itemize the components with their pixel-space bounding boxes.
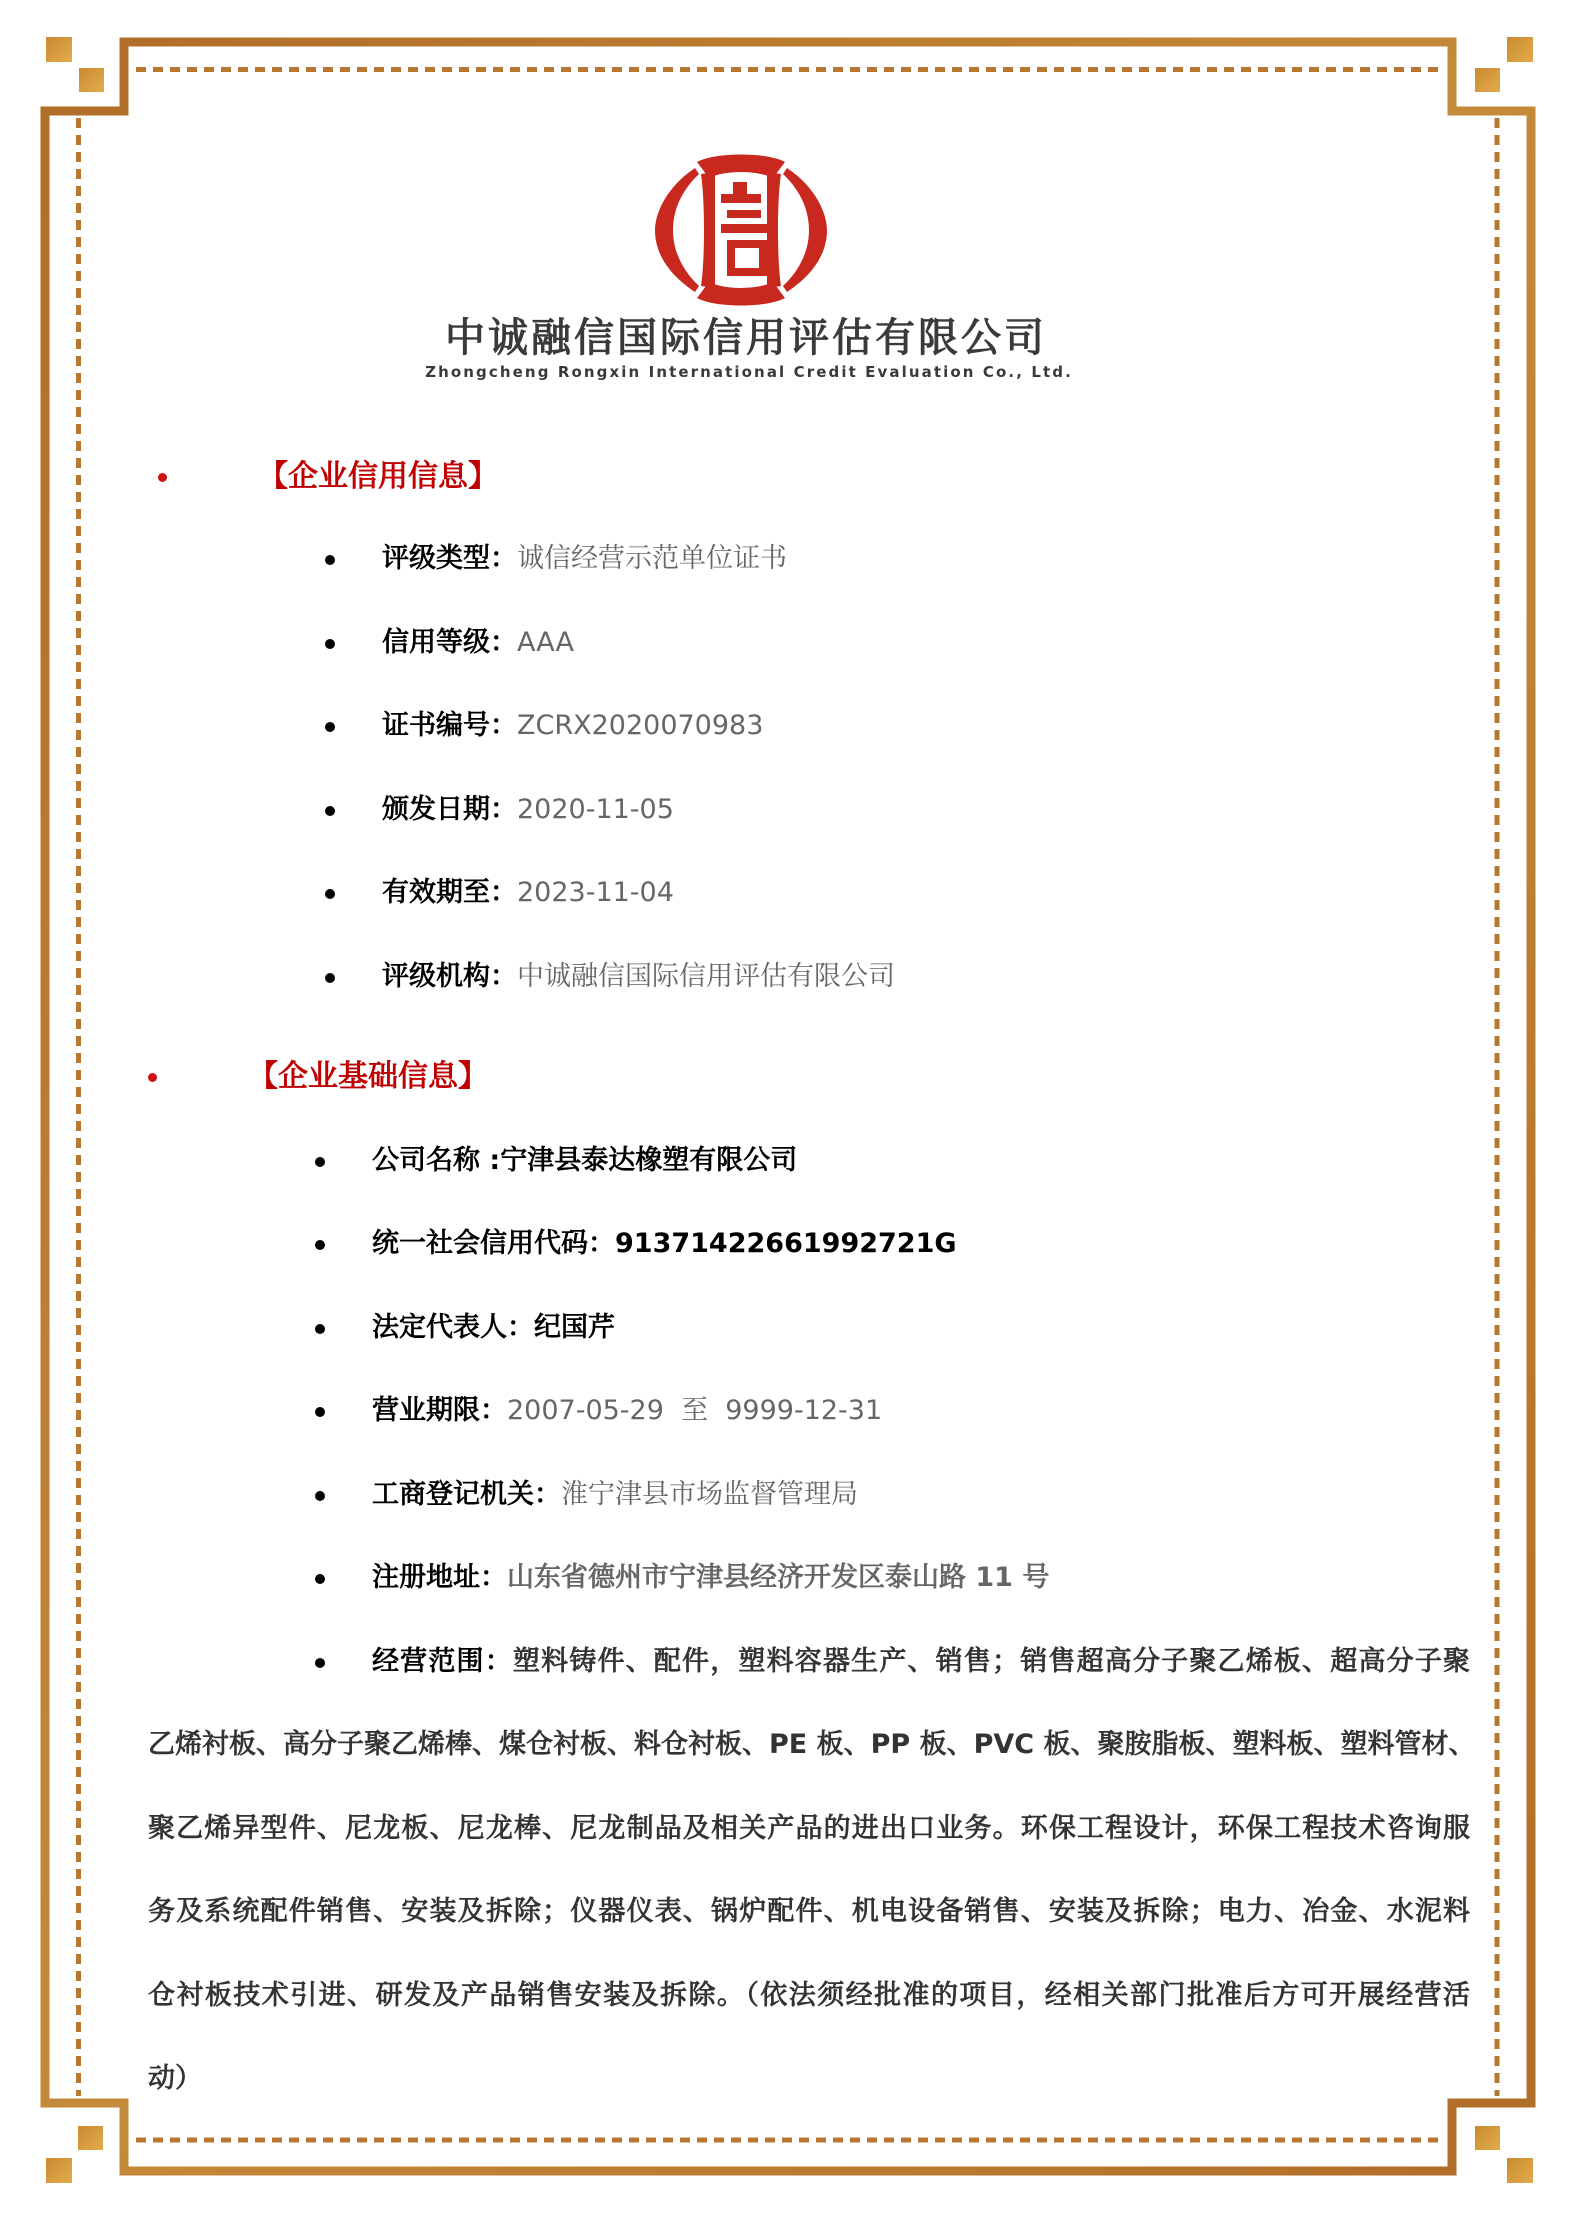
certificate-number-value: ZCRX2020070983	[517, 710, 763, 741]
business-scope-row: 经营范围：塑料铸件、配件，塑料容器生产、销售；销售超高分子聚乙烯板、超高分子聚	[372, 1644, 1470, 1680]
issue-date-label: 颁发日期：	[382, 794, 517, 825]
valid-until-value: 2023-11-04	[517, 877, 674, 908]
business-term-label: 营业期限：	[372, 1395, 507, 1426]
registered-address-row: 注册地址：山东省德州市宁津县经济开发区泰山路 11 号	[372, 1560, 1049, 1596]
bullet-icon	[315, 1574, 325, 1584]
credit-code-label: 统一社会信用代码：	[372, 1228, 615, 1259]
business-scope-label: 经营范围：	[372, 1646, 513, 1677]
rating-agency-row: 评级机构：中诚融信国际信用评估有限公司	[382, 959, 895, 995]
company-name-row: 公司名称 :宁津县泰达橡塑有限公司	[372, 1143, 797, 1179]
issue-date-row: 颁发日期：2020-11-05	[382, 792, 674, 828]
legal-rep-label: 法定代表人：	[372, 1312, 534, 1343]
issue-date-value: 2020-11-05	[517, 794, 674, 825]
business-scope-line-1: 塑料铸件、配件，塑料容器生产、销售；销售超高分子聚乙烯板、超高分子聚	[513, 1646, 1470, 1677]
rating-agency-value: 中诚融信国际信用评估有限公司	[517, 961, 895, 992]
credit-level-value: AAA	[517, 627, 574, 658]
company-name-cn: 中诚融信国际信用评估有限公司	[416, 316, 1076, 360]
registration-authority-value: 淮宁津县市场监督管理局	[561, 1479, 858, 1510]
bullet-icon	[325, 806, 335, 816]
bullet-icon	[325, 722, 335, 732]
section-title-credit: 【企业信用信息】	[258, 459, 498, 495]
legal-rep-value: 纪国芹	[534, 1312, 615, 1343]
company-name-label: 公司名称 :	[372, 1145, 500, 1176]
credit-level-row: 信用等级：AAA	[382, 625, 574, 661]
rating-type-value: 诚信经营示范单位证书	[517, 543, 787, 574]
bullet-icon	[325, 973, 335, 983]
bullet-icon	[325, 889, 335, 899]
section-bullet-icon	[158, 473, 167, 482]
business-scope-line-6: 动）	[148, 2061, 1470, 2097]
registered-address-label: 注册地址：	[372, 1562, 507, 1593]
rating-type-label: 评级类型：	[382, 543, 517, 574]
bullet-icon	[315, 1157, 325, 1167]
bullet-icon	[315, 1658, 325, 1668]
business-term-value: 2007-05-29 至 9999-12-31	[507, 1395, 882, 1426]
bullet-icon	[315, 1407, 325, 1417]
legal-rep-row: 法定代表人：纪国芹	[372, 1310, 615, 1346]
certificate-number-row: 证书编号：ZCRX2020070983	[382, 708, 763, 744]
credit-level-label: 信用等级：	[382, 627, 517, 658]
registered-address-value: 山东省德州市宁津县经济开发区泰山路 11 号	[507, 1562, 1049, 1593]
business-scope-line-5: 仓衬板技术引进、研发及产品销售安装及拆除。（依法须经批准的项目，经相关部门批准后…	[148, 1978, 1470, 2014]
bullet-icon	[315, 1491, 325, 1501]
bullet-icon	[325, 639, 335, 649]
bullet-icon	[325, 555, 335, 565]
section-bullet-icon	[148, 1073, 157, 1082]
valid-until-label: 有效期至：	[382, 877, 517, 908]
valid-until-row: 有效期至：2023-11-04	[382, 875, 674, 911]
rating-agency-label: 评级机构：	[382, 961, 517, 992]
company-name-value: 宁津县泰达橡塑有限公司	[500, 1145, 797, 1176]
credit-code-row: 统一社会信用代码：91371422661992721G	[372, 1226, 957, 1262]
rating-type-row: 评级类型：诚信经营示范单位证书	[382, 541, 787, 577]
xin-seal-icon	[655, 150, 827, 310]
bullet-icon	[315, 1324, 325, 1334]
business-scope-line-3: 聚乙烯异型件、尼龙板、尼龙棒、尼龙制品及相关产品的进出口业务。环保工程设计，环保…	[148, 1811, 1470, 1847]
business-scope-line-4: 务及系统配件销售、安装及拆除；仪器仪表、锅炉配件、机电设备销售、安装及拆除；电力…	[148, 1894, 1470, 1930]
registration-authority-row: 工商登记机关：淮宁津县市场监督管理局	[372, 1477, 858, 1513]
bullet-icon	[315, 1240, 325, 1250]
company-name-en: Zhongcheng Rongxin International Credit …	[416, 362, 1082, 382]
section-title-basic: 【企业基础信息】	[248, 1059, 488, 1095]
certificate-number-label: 证书编号：	[382, 710, 517, 741]
business-scope-line-2: 乙烯衬板、高分子聚乙烯棒、煤仓衬板、料仓衬板、PE 板、PP 板、PVC 板、聚…	[148, 1727, 1470, 1763]
credit-code-value: 91371422661992721G	[615, 1228, 957, 1259]
business-term-row: 营业期限：2007-05-29 至 9999-12-31	[372, 1393, 882, 1429]
registration-authority-label: 工商登记机关：	[372, 1479, 561, 1510]
